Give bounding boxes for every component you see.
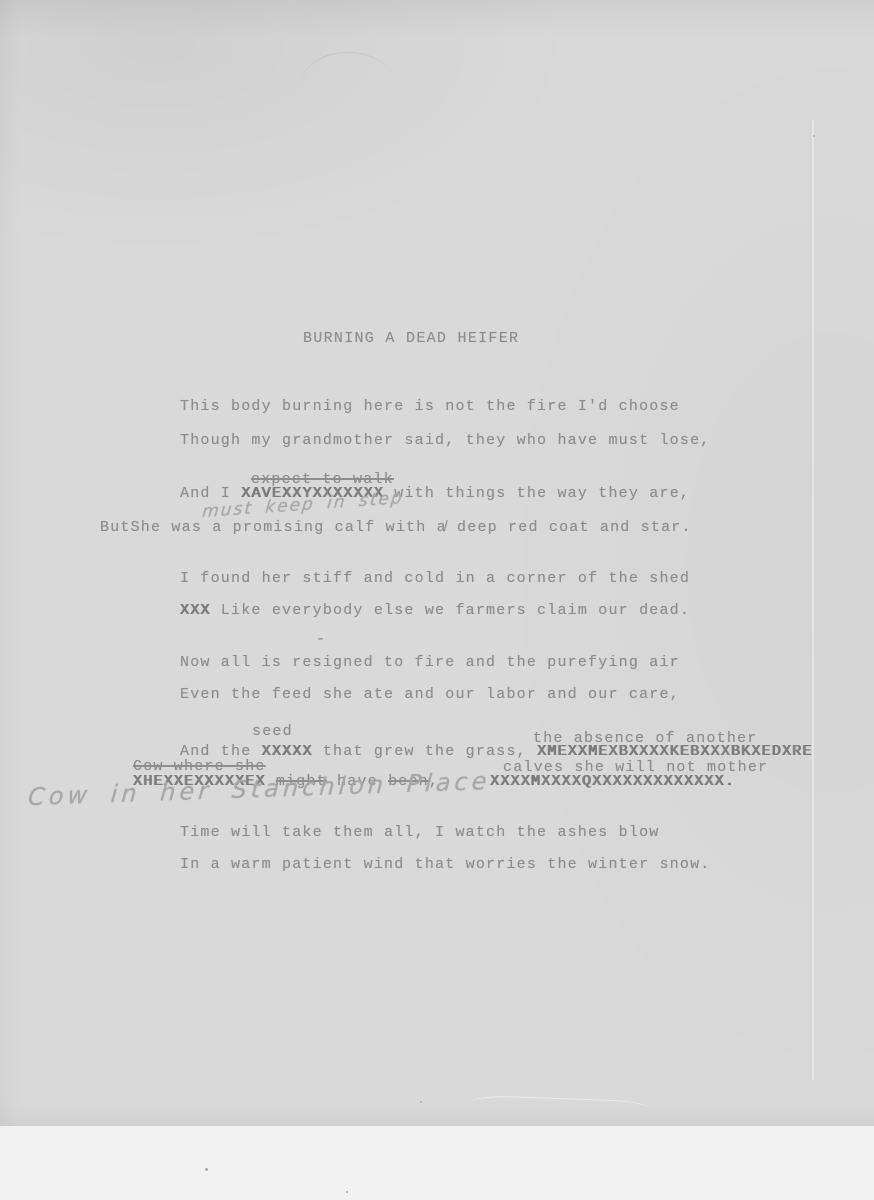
poem-line-4: ButShe was a promising calf with a̸ deep… xyxy=(100,518,692,537)
scan-speck xyxy=(205,1168,208,1171)
typed-text: Now all is resigned to fire and the pure… xyxy=(180,654,680,671)
scan-artifact-line xyxy=(812,120,814,1080)
poem-line-7: Now all is resigned to fire and the pure… xyxy=(180,653,680,672)
paper-speck xyxy=(813,135,815,137)
typed-text: seed xyxy=(252,723,293,740)
poem-line-5: I found her stiff and cold in a corner o… xyxy=(180,569,690,588)
scanned-page: { "colors": { "paper": "#d9d9d9", "scan_… xyxy=(0,0,874,1200)
poem-title: BURNING A DEAD HEIFER xyxy=(303,329,519,348)
typed-overstrike-block: XXXXX xyxy=(262,743,313,760)
typed-text: Time will take them all, I watch the ash… xyxy=(180,824,659,841)
typed-text: - xyxy=(316,631,326,648)
pencil-note-cow-in-her-stanchion-place: Cow in her Stanchion Place xyxy=(27,772,491,807)
typed-text: This body burning here is not the fire I… xyxy=(180,398,680,415)
typed-overstrike-block: XXX xyxy=(180,602,211,619)
typed-text: I found her stiff and cold in a corner o… xyxy=(180,570,690,587)
typed-text: Like everybody else we farmers claim our… xyxy=(211,602,690,619)
typed-text: ButShe was a promising calf with a̸ deep… xyxy=(100,519,692,536)
poem-line-6: XXX Like everybody else we farmers claim… xyxy=(180,601,690,620)
poem-line-8: Even the feed she ate and our labor and … xyxy=(180,685,680,704)
stray-typed-mark: - xyxy=(316,630,326,649)
poem-line-11: Time will take them all, I watch the ash… xyxy=(180,823,659,842)
typed-text: In a warm patient wind that worries the … xyxy=(180,856,710,873)
poem-line-2: Though my grandmother said, they who hav… xyxy=(180,431,710,450)
scan-speck xyxy=(346,1191,348,1193)
paper-bottom-crease xyxy=(470,1095,650,1116)
typed-insertion-seed: seed xyxy=(252,722,293,741)
poem-line-1: This body burning here is not the fire I… xyxy=(180,397,680,416)
paper-crease-mark xyxy=(298,47,392,93)
typed-text: Even the feed she ate and our labor and … xyxy=(180,686,680,703)
typed-text: BURNING A DEAD HEIFER xyxy=(303,330,519,347)
poem-line-12: In a warm patient wind that worries the … xyxy=(180,855,710,874)
paper-speck xyxy=(420,1101,422,1103)
typed-text: Though my grandmother said, they who hav… xyxy=(180,432,710,449)
typed-overstrike-block: XXXXMXXXXQXXXXXXXXXXXXX. xyxy=(490,773,735,790)
paper: BURNING A DEAD HEIFERThis body burning h… xyxy=(0,0,874,1126)
typed-text: with things the way they are, xyxy=(384,485,690,502)
